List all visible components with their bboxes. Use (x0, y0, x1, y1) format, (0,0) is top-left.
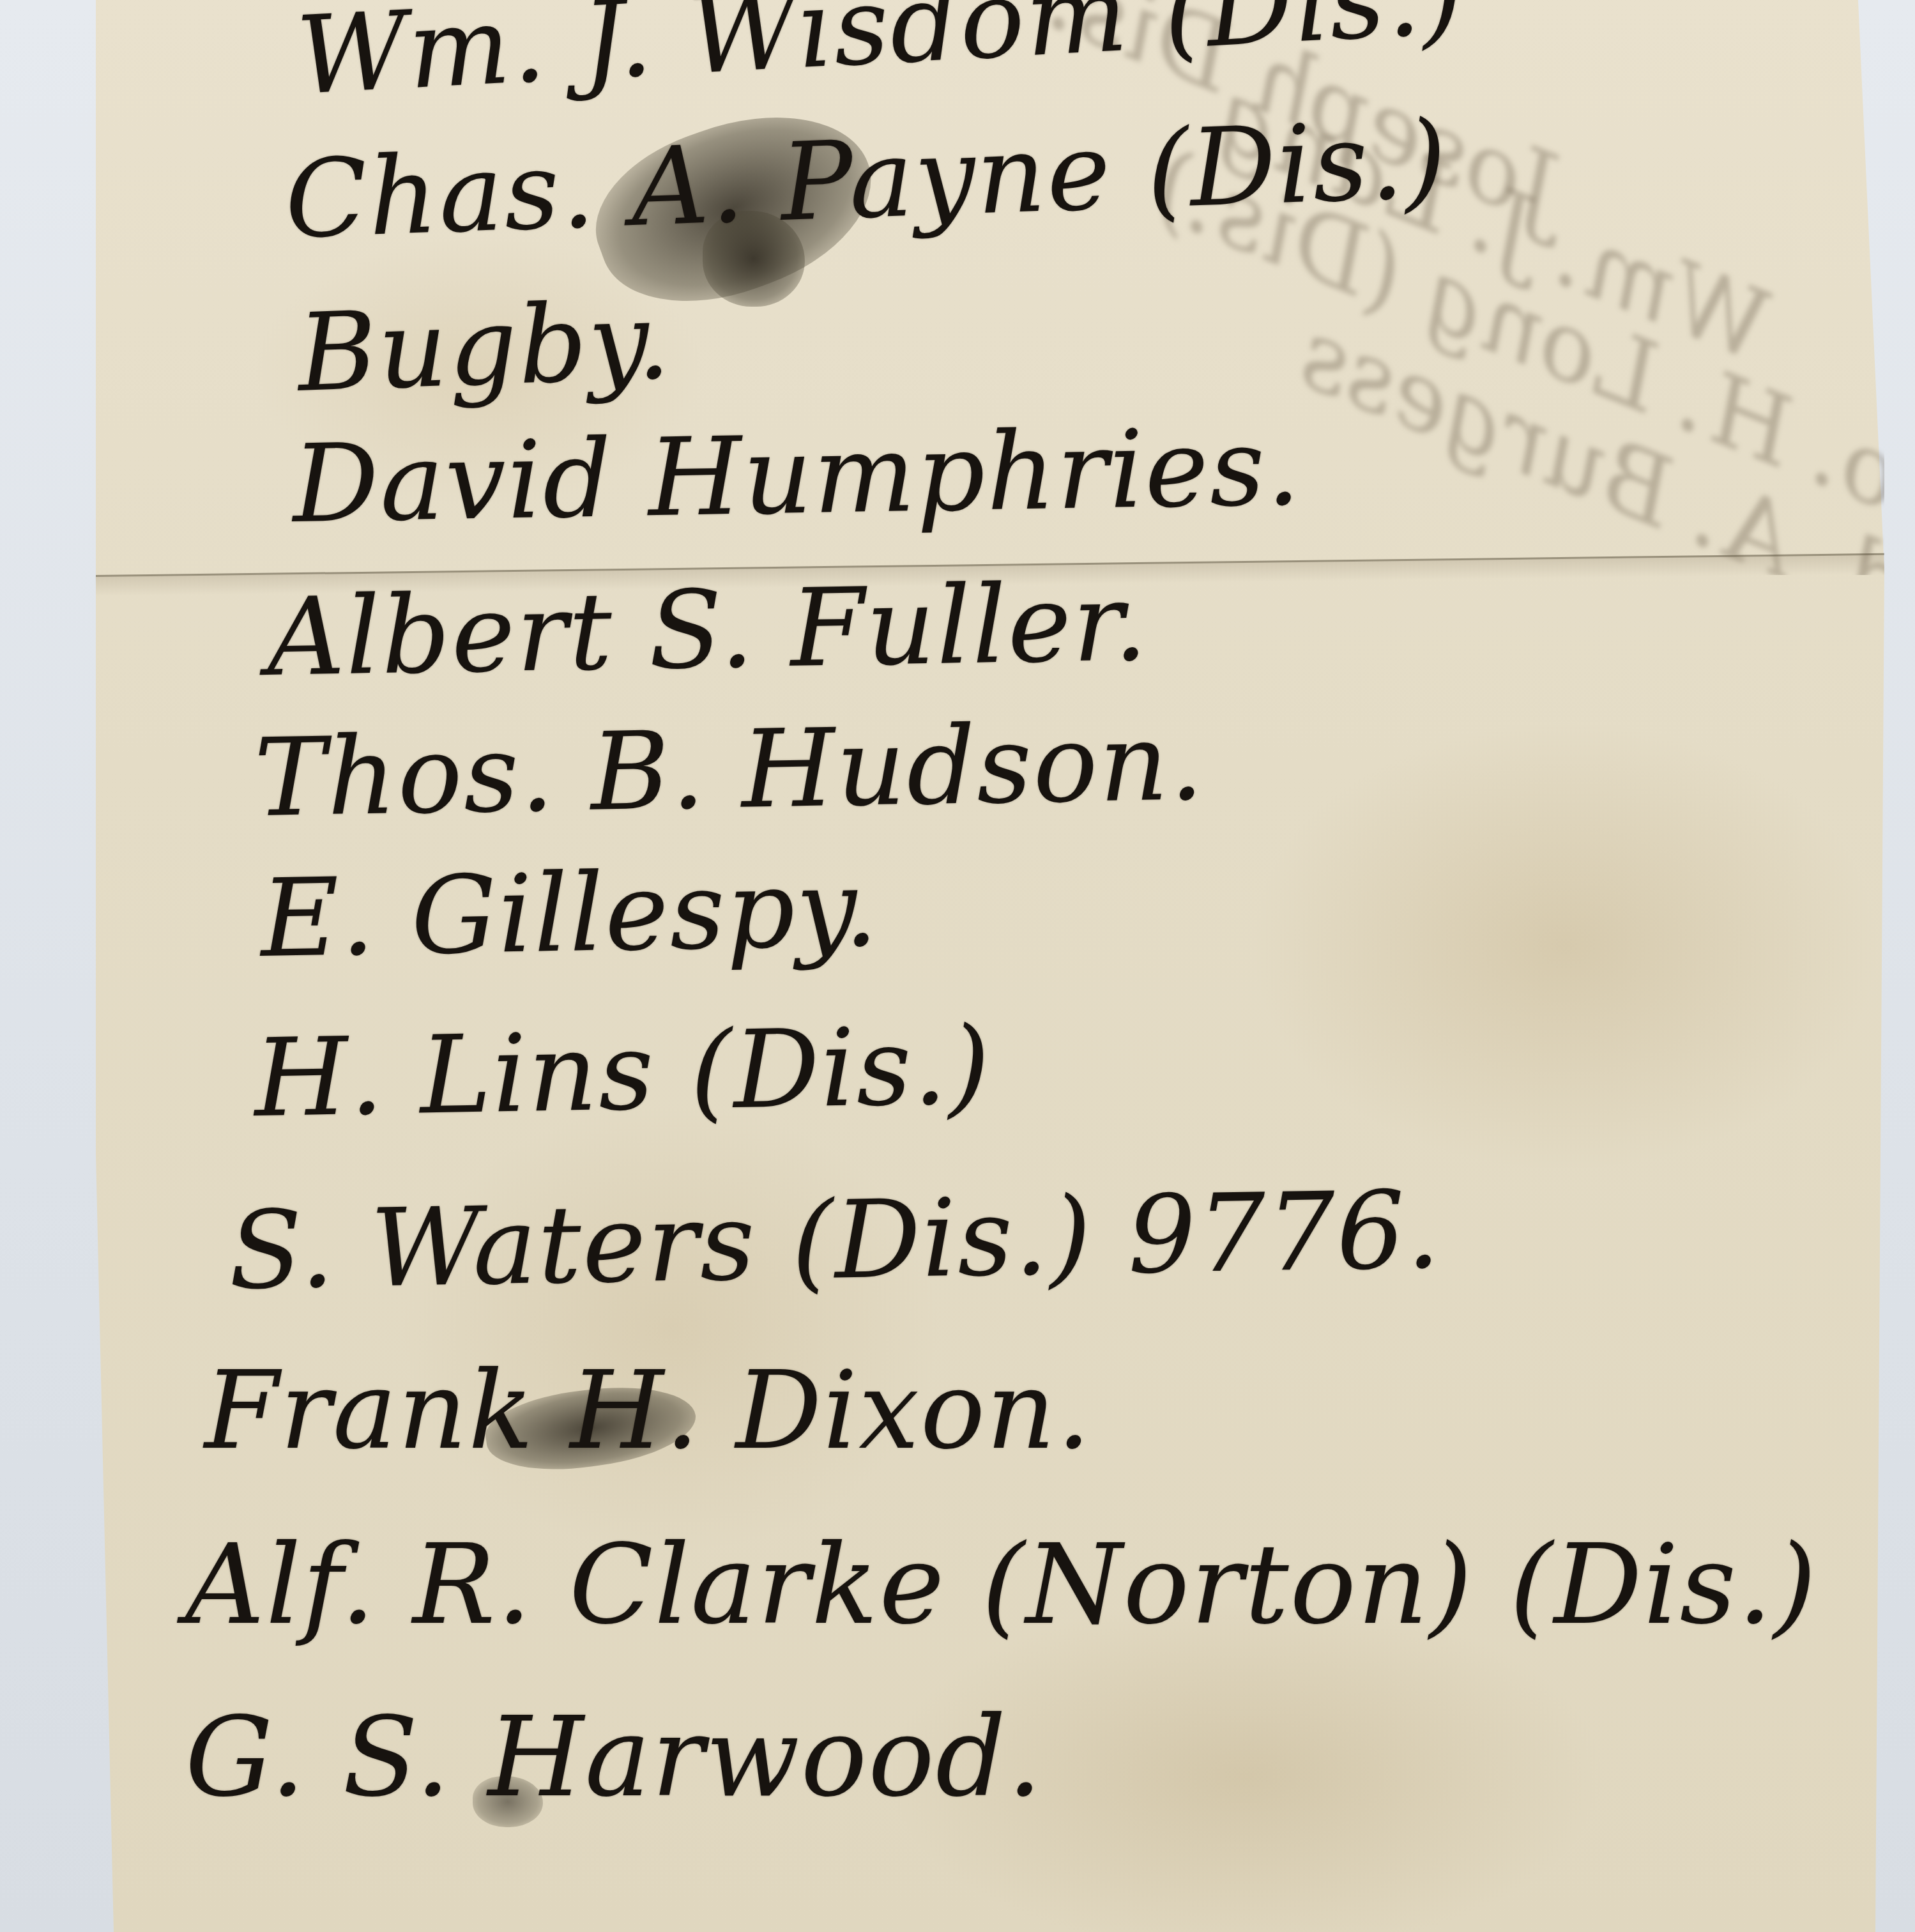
list-item: G. S. Harwood. (185, 1693, 1044, 1821)
list-item: Albert S. Fuller. (266, 560, 1150, 700)
name-list: Wm. J. Wisdom (Dis.) Chas. A. Payne (Dis… (0, 0, 1915, 1932)
list-item: Chas. A. Payne (Dis.) (283, 97, 1449, 263)
list-item: Wm. J. Wisdom (Dis.) (294, 0, 1468, 119)
list-item: H. Lins (Dis.) (254, 1003, 993, 1141)
list-item: Alf. R. Clarke (Norton) (Dis.) (185, 1521, 1818, 1649)
list-item: Frank H. Dixon. (204, 1348, 1092, 1473)
list-item: Bugby. (296, 278, 673, 416)
list-item: E. Gillespy. (260, 845, 880, 981)
list-item: S. Waters (Dis.) 9776. (228, 1167, 1443, 1314)
list-item: David Humphries. (292, 404, 1302, 547)
list-item: Thos. B. Hudson. (254, 699, 1206, 841)
